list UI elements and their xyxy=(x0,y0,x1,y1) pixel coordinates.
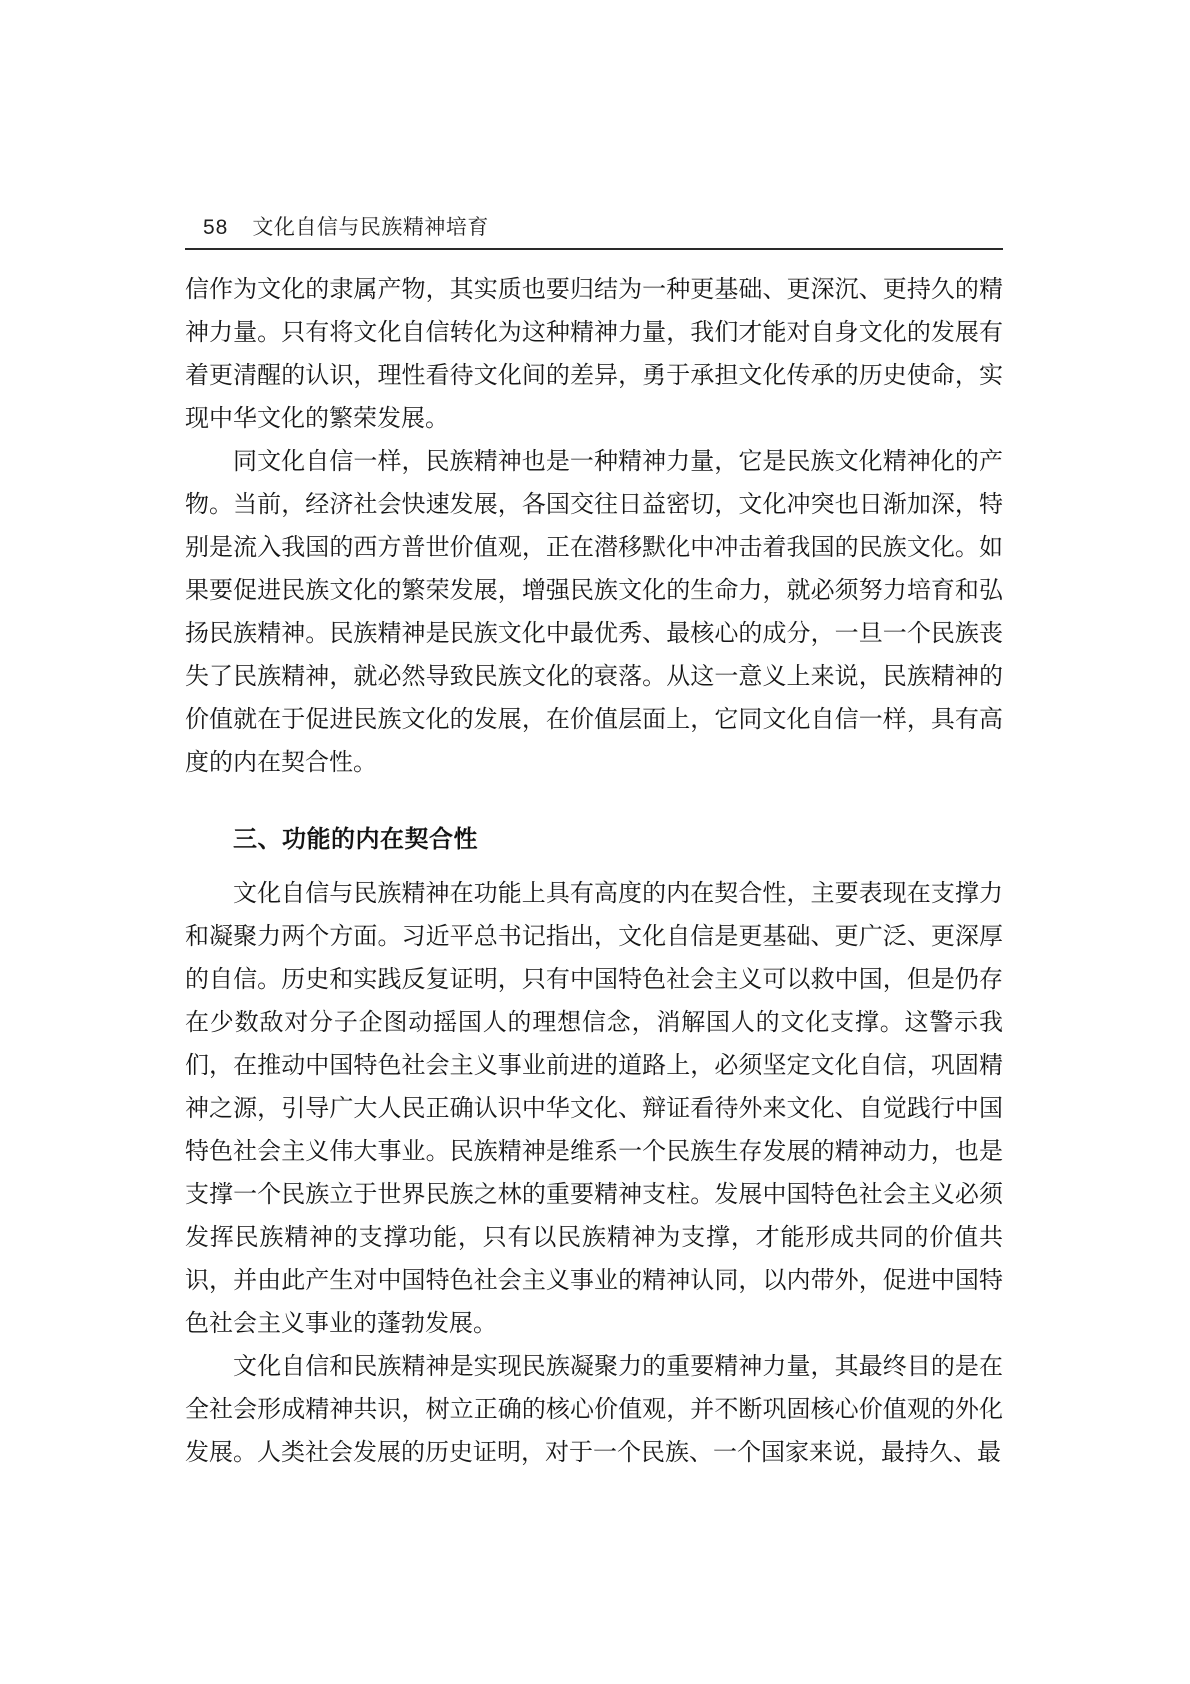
running-title: 文化自信与民族精神培育 xyxy=(252,216,489,239)
paragraph: 文化自信与民族精神在功能上具有高度的内在契合性，主要表现在支撑力和凝聚力两个方面… xyxy=(185,873,1003,1346)
book-page: 58 文化自信与民族精神培育 信作为文化的隶属产物，其实质也要归结为一种更基础、… xyxy=(0,0,1190,1684)
page-body: 信作为文化的隶属产物，其实质也要归结为一种更基础、更深沉、更持久的精神力量。只有… xyxy=(185,269,1003,1475)
page-number: 58 xyxy=(203,216,228,239)
paragraph-incomplete: 文化自信和民族精神是实现民族凝聚力的重要精神力量，其最终目的是在全社会形成精神共… xyxy=(185,1346,1003,1475)
running-header: 58 文化自信与民族精神培育 xyxy=(185,216,1003,239)
header-rule xyxy=(185,248,1003,250)
paragraph-continuation: 信作为文化的隶属产物，其实质也要归结为一种更基础、更深沉、更持久的精神力量。只有… xyxy=(185,269,1003,441)
section-heading: 三、功能的内在契合性 xyxy=(185,818,1003,861)
page-content: 58 文化自信与民族精神培育 信作为文化的隶属产物，其实质也要归结为一种更基础、… xyxy=(185,0,1003,1475)
paragraph: 同文化自信一样，民族精神也是一种精神力量，它是民族文化精神化的产物。当前，经济社… xyxy=(185,441,1003,785)
